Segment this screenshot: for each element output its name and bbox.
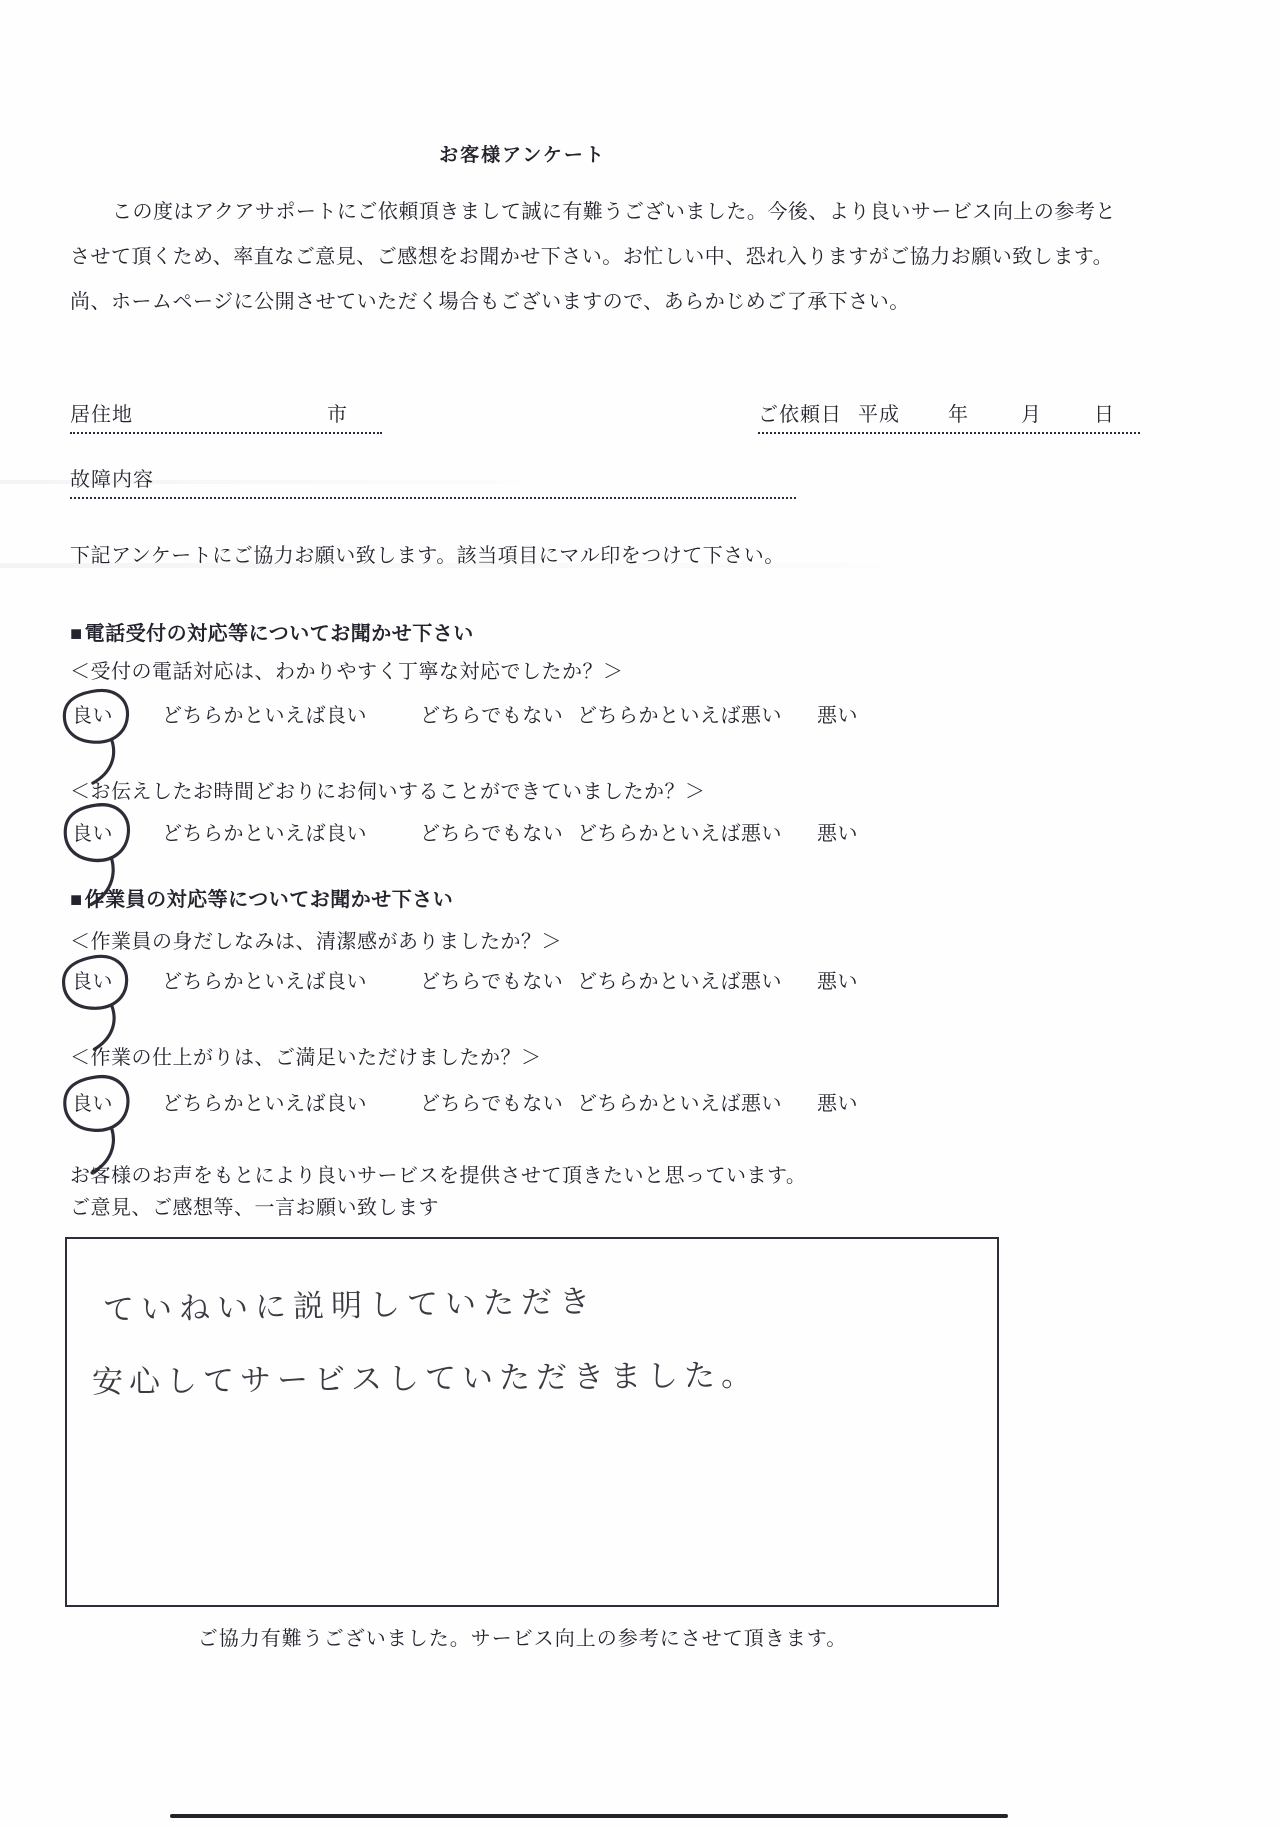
section-bullet-icon: ■ bbox=[70, 889, 83, 911]
section-bullet-icon: ■ bbox=[70, 623, 83, 645]
answer-row-q3: 良い どちらかといえば良い どちらでもない どちらかといえば悪い 悪い bbox=[72, 965, 952, 993]
fault-description-field: 故障内容 bbox=[70, 463, 796, 499]
option-bad: 悪い bbox=[817, 817, 858, 846]
option-rather-bad: どちらかといえば悪い bbox=[577, 817, 782, 846]
section-header-worker: ■作業員の対応等についてお聞かせ下さい bbox=[70, 887, 453, 914]
option-rather-good: どちらかといえば良い bbox=[162, 1087, 367, 1116]
section-header-phone-label: 電話受付の対応等についてお聞かせ下さい bbox=[85, 623, 474, 645]
handwritten-comment-line-2: 安心してサービスしていただきました。 bbox=[92, 1350, 758, 1402]
intro-line-1: この度はアクアサポートにご依頼頂きまして誠に有難うございました。今後、より良いサ… bbox=[70, 190, 1190, 235]
option-neutral: どちらでもない bbox=[420, 817, 563, 846]
option-rather-good: どちらかといえば良い bbox=[162, 965, 367, 994]
option-good-label: 良い bbox=[72, 971, 113, 993]
option-good-label: 良い bbox=[72, 705, 113, 727]
day-suffix-label: 日 bbox=[1094, 398, 1115, 427]
instruction-text: 下記アンケートにご協力お願い致します。該当項目にマル印をつけて下さい。 bbox=[70, 543, 785, 570]
answer-row-q1: 良い どちらかといえば良い どちらでもない どちらかといえば悪い 悪い bbox=[72, 699, 952, 727]
footer-text: ご協力有難うございました。サービス向上の参考にさせて頂きます。 bbox=[0, 1622, 1045, 1651]
month-suffix-label: 月 bbox=[1021, 398, 1042, 427]
survey-title: お客様アンケート bbox=[0, 140, 1045, 167]
question-worker-appearance: ＜作業員の身だしなみは、清潔感がありましたか？＞ bbox=[70, 929, 562, 956]
answer-row-q4: 良い どちらかといえば良い どちらでもない どちらかといえば悪い 悪い bbox=[72, 1087, 952, 1115]
section-header-phone: ■電話受付の対応等についてお聞かせ下さい bbox=[70, 621, 474, 648]
option-good-label: 良い bbox=[72, 1093, 113, 1115]
residence-unit-label: 市 bbox=[327, 398, 348, 427]
intro-line-2: させて頂くため、率直なご意見、ご感想をお聞かせ下さい。お忙しい中、恐れ入りますが… bbox=[70, 235, 1190, 280]
fault-label: 故障内容 bbox=[70, 463, 154, 492]
answer-row-q2: 良い どちらかといえば良い どちらでもない どちらかといえば悪い 悪い bbox=[72, 817, 952, 845]
option-neutral: どちらでもない bbox=[420, 699, 563, 728]
section-header-worker-label: 作業員の対応等についてお聞かせ下さい bbox=[85, 889, 454, 911]
request-date-label: ご依頼日 bbox=[758, 398, 842, 427]
option-rather-bad: どちらかといえば悪い bbox=[577, 965, 782, 994]
option-good: 良い bbox=[72, 699, 113, 728]
option-bad: 悪い bbox=[817, 965, 858, 994]
handwritten-circle-mark bbox=[55, 684, 139, 794]
option-rather-good: どちらかといえば良い bbox=[162, 699, 367, 728]
scanned-survey-page: お客様アンケート この度はアクアサポートにご依頼頂きまして誠に有難うございました… bbox=[0, 0, 1280, 1827]
option-neutral: どちらでもない bbox=[420, 965, 563, 994]
request-date-field: ご依頼日 平成 年 月 日 bbox=[758, 398, 1140, 434]
scan-edge-line bbox=[170, 1814, 1008, 1818]
question-visit-on-time: ＜お伝えしたお時間どおりにお伺いすることができていましたか？＞ bbox=[70, 779, 706, 806]
handwritten-comment-line-1: ていねいに説明していただき bbox=[103, 1276, 598, 1330]
comment-lead-1: お客様のお声をもとにより良いサービスを提供させて頂きたいと思っています。 bbox=[70, 1163, 806, 1190]
comment-lead-2: ご意見、ご感想等、一言お願い致します bbox=[70, 1195, 439, 1222]
question-phone-politeness: ＜受付の電話対応は、わかりやすく丁寧な対応でしたか？＞ bbox=[70, 659, 624, 686]
option-rather-good: どちらかといえば良い bbox=[162, 817, 367, 846]
option-bad: 悪い bbox=[817, 1087, 858, 1116]
question-work-satisfaction: ＜作業の仕上がりは、ご満足いただけましたか？＞ bbox=[70, 1045, 542, 1072]
option-bad: 悪い bbox=[817, 699, 858, 728]
era-label: 平成 bbox=[858, 398, 900, 427]
residence-label: 居住地 bbox=[70, 398, 133, 427]
year-suffix-label: 年 bbox=[948, 398, 969, 427]
option-good: 良い bbox=[72, 965, 113, 994]
intro-line-3: 尚、ホームページに公開させていただく場合もございますので、あらかじめご了承下さい… bbox=[70, 280, 1190, 325]
option-good: 良い bbox=[72, 817, 113, 846]
option-good-label: 良い bbox=[72, 823, 113, 845]
option-rather-bad: どちらかといえば悪い bbox=[577, 1087, 782, 1116]
option-rather-bad: どちらかといえば悪い bbox=[577, 699, 782, 728]
option-good: 良い bbox=[72, 1087, 113, 1116]
option-neutral: どちらでもない bbox=[420, 1087, 563, 1116]
intro-paragraph: この度はアクアサポートにご依頼頂きまして誠に有難うございました。今後、より良いサ… bbox=[70, 190, 1190, 325]
residence-field: 居住地 市 bbox=[70, 398, 382, 434]
